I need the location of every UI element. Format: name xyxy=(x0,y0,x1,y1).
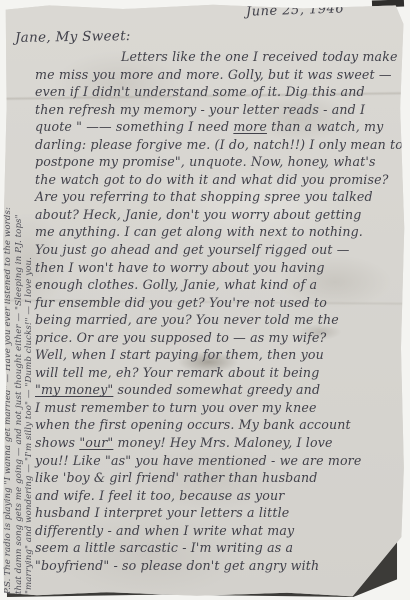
letter-line: I must remember to turn you over my knee xyxy=(35,399,407,417)
letter-line: like 'boy & girl friend' rather than hus… xyxy=(35,469,407,487)
letter-line: price. Or are you supposed to — as my wi… xyxy=(35,329,407,347)
postscript-line: P.S. The radio is playing "I wanna get m… xyxy=(3,97,14,594)
letter-page: June 25, 1946 Jane, My Sweet: Letters li… xyxy=(0,0,410,600)
letter-line: husband I interpret your letters a littl… xyxy=(35,504,407,522)
letter-line: fur ensemble did you get? You're not use… xyxy=(35,294,407,312)
letter-line: the watch got to do with it and what did… xyxy=(35,171,407,189)
postscript-line: "marrying" and wondering — "I'm silly to… xyxy=(24,97,35,594)
letter-line: Are you referring to that shopping spree… xyxy=(35,188,407,206)
letter-line: quote " —— something I need more than a … xyxy=(35,118,407,136)
letter-line: "my money" sounded somewhat greedy and xyxy=(35,381,407,399)
letter-line: even if I didn't understand some of it. … xyxy=(35,83,407,101)
letter-line: you!! Like "as" you have mentioned - we … xyxy=(35,452,407,470)
letter-line: You just go ahead and get yourself rigge… xyxy=(35,241,407,259)
letter-line: "boyfriend" - so please don't get angry … xyxy=(35,557,407,575)
letter-line: me anything. I can get along with next t… xyxy=(35,223,407,241)
letter-line: darling: please forgive me. (I do, natch… xyxy=(35,136,407,154)
letter-body: Letters like the one I received today ma… xyxy=(35,48,407,574)
letter-line: then I won't have to worry about you hav… xyxy=(35,259,407,277)
letter-line: postpone my promise", unquote. Now, hone… xyxy=(35,153,407,171)
letter-line: enough clothes. Golly, Janie, what kind … xyxy=(35,276,407,294)
letter-line: and wife. I feel it too, because as your xyxy=(35,487,407,505)
letter-line: seem a little sarcastic - I'm writing as… xyxy=(35,539,407,557)
letter-line: then refresh my memory - your letter rea… xyxy=(35,101,407,119)
letter-line: about? Heck, Janie, don't you worry abou… xyxy=(35,206,407,224)
letter-line: when the first opening occurs. My bank a… xyxy=(35,416,407,434)
postscript-line: that damn song gets me going — and not j… xyxy=(14,97,25,594)
letter-line: Letters like the one I received today ma… xyxy=(35,48,407,66)
letter-line: being married, are you? You never told m… xyxy=(35,311,407,329)
letter-line: Well, when I start paying for them, then… xyxy=(35,346,407,364)
letter-line: will tell me, eh? Your remark about it b… xyxy=(35,364,407,382)
letter-date: June 25, 1946 xyxy=(246,1,345,19)
letter-salutation: Jane, My Sweet: xyxy=(15,28,131,46)
margin-postscript: P.S. The radio is playing "I wanna get m… xyxy=(3,97,35,594)
letter-line: shows "our" money! Hey Mrs. Maloney, I l… xyxy=(35,434,407,452)
letter-line: differently - and when I write what may xyxy=(35,522,407,540)
letter-line: me miss you more and more. Golly, but it… xyxy=(35,66,407,84)
